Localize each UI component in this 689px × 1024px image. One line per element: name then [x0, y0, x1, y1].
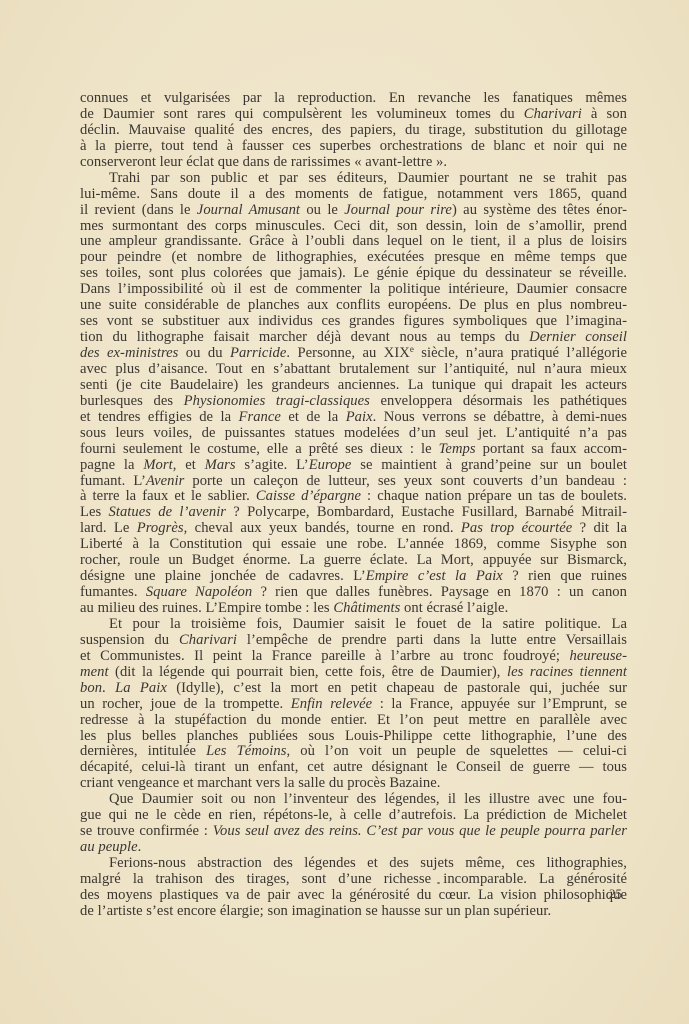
italic-title: Square Napoléon	[146, 584, 252, 600]
text-line: désigne une plaine jonchée de cadavres. …	[80, 569, 627, 585]
text-line: avec plus d’aisance. Tout en s’abattant …	[80, 362, 627, 378]
italic-title: Châtiments	[333, 600, 400, 616]
paragraph: Ferions-nous abstraction des légendes et…	[80, 856, 627, 920]
italic-title: Journal pour rire	[344, 202, 452, 218]
text-run: ) au système des têtes énor-	[452, 202, 627, 218]
text-run: Les	[80, 504, 109, 520]
text-line: lui-même. Sans doute il a des moments de…	[80, 187, 627, 203]
text-line: suspension du Charivari l’empêche de pre…	[80, 633, 627, 649]
text-run: lui-même. Sans doute il a des moments de…	[80, 186, 627, 202]
italic-title: au peuple	[80, 839, 138, 855]
text-line: des ex-ministres ou du Parricide. Person…	[80, 346, 627, 362]
text-line: Les Statues de l’avenir ? Polycarpe, Bom…	[80, 505, 627, 521]
italic-title: Vous seul avez des reins. C’est par vous…	[213, 823, 627, 839]
italic-title: Dernier conseil	[529, 329, 627, 345]
italic-title: des ex-ministres	[80, 345, 178, 361]
text-run: ? dit la	[572, 520, 627, 536]
text-run: ou du	[178, 345, 230, 361]
text-run: de Daumier sont rares qui compulsèrent l…	[80, 106, 524, 122]
text-run: Dans l’impossibilité où il est de commen…	[80, 281, 627, 297]
italic-title: Europe	[309, 457, 352, 473]
text-run: ses vont se substituer aux individus ces…	[80, 313, 627, 329]
italic-title: France	[239, 409, 281, 425]
print-speck	[437, 882, 440, 884]
text-line: senti (je cite Baudelaire) les grandeurs…	[80, 378, 627, 394]
italic-title: La Paix	[115, 680, 167, 696]
text-run: à terre la faux et le sablier.	[80, 488, 256, 504]
text-run: mes surmontant des corps minuscules. Cec…	[80, 218, 627, 234]
text-line: fumantes. Square Napoléon ? rien que dal…	[80, 585, 627, 601]
italic-title: Caisse d’épargne	[256, 488, 361, 504]
text-line: une ampleur grandissante. Grâce à l’oubl…	[80, 234, 627, 250]
italic-title: les racines tiennent	[507, 664, 627, 680]
text-line: une suite considérable de planches aux c…	[80, 298, 627, 314]
text-line: ment (dit la légende qui pourrait bien, …	[80, 665, 627, 681]
text-run: et tendres effigies de la	[80, 409, 239, 425]
text-run: pour peindre (et nombre de lithographies…	[80, 249, 627, 265]
text-run: lard. Le	[80, 520, 137, 536]
italic-title: Parricide	[230, 345, 286, 361]
text-line: rocher, roule un Budget énorme. La guerr…	[80, 553, 627, 569]
book-page: connues et vulgarisées par la reproducti…	[0, 0, 689, 1024]
text-line: sous leurs voiles, de puissantes statues…	[80, 426, 627, 442]
text-run: fumant. L’	[80, 473, 146, 489]
body-text: connues et vulgarisées par la reproducti…	[80, 91, 627, 920]
paragraph: Et pour la troisième fois, Daumier saisi…	[80, 617, 627, 792]
italic-title: ment	[80, 664, 109, 680]
text-line: Que Daumier soit ou non l’inventeur des …	[80, 792, 627, 808]
text-run: ont écrasé l’aigle.	[400, 600, 508, 616]
paragraph: Que Daumier soit ou non l’inventeur des …	[80, 792, 627, 856]
italic-title: Les Témoins	[206, 743, 286, 759]
text-line: fourni seulement le costume, elle a prêt…	[80, 442, 627, 458]
text-run: Ferions-nous abstraction des légendes et…	[109, 855, 627, 871]
text-line: au milieu des ruines. L’Empire tombe : l…	[80, 601, 627, 617]
text-run: se maintient à grand’peine sur un boulet	[351, 457, 627, 473]
text-run: ses toiles, sont plus colorées que jamai…	[80, 265, 627, 281]
text-line: un rocher, joue de la trompette. Enfin r…	[80, 697, 627, 713]
text-line: ses vont se substituer aux individus ces…	[80, 314, 627, 330]
text-run: Trahi par son public et par ses éditeurs…	[109, 170, 627, 186]
text-run: dernières, intitulée	[80, 743, 206, 759]
text-run: et de la	[281, 409, 346, 425]
text-run: , cheval aux yeux bandés, tourne en rond…	[184, 520, 461, 536]
text-run: connues et vulgarisées par la reproducti…	[80, 90, 627, 106]
text-line: à terre la faux et le sablier. Caisse d’…	[80, 489, 627, 505]
text-run: porte un caleçon de lutteur, ses yeux so…	[184, 473, 627, 489]
text-run: Que Daumier soit ou non l’inventeur des …	[109, 791, 627, 807]
text-run: burlesques des	[80, 393, 184, 409]
text-run: .	[138, 839, 142, 855]
text-run: (dit la légende qui pourrait bien, cette…	[109, 664, 507, 680]
text-line: à la pierre, tout tend à fausser ces sup…	[80, 139, 627, 155]
text-run: criant vengeance et marchant vers la sal…	[80, 775, 440, 791]
text-line: Ferions-nous abstraction des légendes et…	[80, 856, 627, 872]
text-run: une suite considérable de planches aux c…	[80, 297, 627, 313]
text-line: se trouve confirmée : Vous seul avez des…	[80, 824, 627, 840]
text-line: au peuple.	[80, 840, 627, 856]
text-line: lard. Le Progrès, cheval aux yeux bandés…	[80, 521, 627, 537]
text-run: Et pour la troisième fois, Daumier saisi…	[109, 616, 627, 632]
text-run: décapité, celui-là tirant un enfant, cet…	[80, 759, 627, 775]
text-run: se trouve confirmée :	[80, 823, 213, 839]
text-line: connues et vulgarisées par la reproducti…	[80, 91, 627, 107]
text-line: décapité, celui-là tirant un enfant, cet…	[80, 760, 627, 776]
text-line: Dans l’impossibilité où il est de commen…	[80, 282, 627, 298]
text-run: conserveront leur éclat que dans de rari…	[80, 154, 447, 170]
text-run: (Idylle), c’est la mort en petit chapeau…	[167, 680, 627, 696]
text-line: burlesques des Physionomies tragi-classi…	[80, 394, 627, 410]
italic-title: Mort	[143, 457, 172, 473]
text-run: au milieu des ruines. L’Empire tombe : l…	[80, 600, 333, 616]
text-run: , où l’on voit un peuple de squelettes —…	[286, 743, 627, 759]
italic-title: Statues de l’avenir	[109, 504, 227, 520]
text-run: . Nous verrons se débattre, à demi-nues	[373, 409, 627, 425]
text-run: malgré la trahison des tirages, sont d’u…	[80, 871, 627, 887]
text-run: , et	[173, 457, 205, 473]
text-run: désigne une plaine jonchée de cadavres. …	[80, 568, 366, 584]
italic-title: Progrès	[137, 520, 184, 536]
text-line: bon. La Paix (Idylle), c’est la mort en …	[80, 681, 627, 697]
text-run: gue qui ne le cède en rien, répétons-le,…	[80, 807, 627, 823]
page-number: 25	[609, 886, 622, 902]
text-line: pour peindre (et nombre de lithographies…	[80, 250, 627, 266]
text-run: une ampleur grandissante. Grâce à l’oubl…	[80, 233, 627, 249]
text-run: siècle, n’aura pratiqué l’allégorie	[414, 345, 627, 361]
text-run: portant sa faux accom-	[476, 441, 627, 457]
text-run: redresse à la stupéfaction du monde enti…	[80, 712, 627, 728]
text-line: de l’artiste s’est encore élargie; son i…	[80, 904, 627, 920]
text-run: des moyens plastiques va de pair avec la…	[80, 887, 627, 903]
italic-title: Empire c’est la Paix	[366, 568, 503, 584]
text-line: dernières, intitulée Les Témoins, où l’o…	[80, 744, 627, 760]
text-run: les plus belles planches publiées sous L…	[80, 728, 627, 744]
text-run: ou le	[300, 202, 344, 218]
italic-title: Charivari	[179, 632, 237, 648]
text-run: tion du lithographe faisait marcher déjà…	[80, 329, 529, 345]
text-run: pagne la	[80, 457, 143, 473]
paragraph: Trahi par son public et par ses éditeurs…	[80, 171, 627, 617]
text-line: fumant. L’Avenir porte un caleçon de lut…	[80, 474, 627, 490]
text-run: .	[102, 680, 115, 696]
italic-title: heureuse-	[570, 648, 627, 664]
text-line: il revient (dans le Journal Amusant ou l…	[80, 203, 627, 219]
text-line: déclin. Mauvaise qualité des encres, des…	[80, 123, 627, 139]
text-run: s’agite. L’	[236, 457, 309, 473]
text-run: senti (je cite Baudelaire) les grandeurs…	[80, 377, 627, 393]
text-line: Liberté à la Constitution qui essaie une…	[80, 537, 627, 553]
text-line: mes surmontant des corps minuscules. Cec…	[80, 219, 627, 235]
text-line: et Communistes. Il peint la France parei…	[80, 649, 627, 665]
text-line: criant vengeance et marchant vers la sal…	[80, 776, 627, 792]
text-run: ? rien que ruines	[503, 568, 627, 584]
text-line: et tendres effigies de la France et de l…	[80, 410, 627, 426]
text-line: Trahi par son public et par ses éditeurs…	[80, 171, 627, 187]
text-run: de l’artiste s’est encore élargie; son i…	[80, 903, 551, 919]
text-run: déclin. Mauvaise qualité des encres, des…	[80, 122, 627, 138]
italic-title: Journal Amusant	[197, 202, 300, 218]
italic-title: Physionomies tragi-classiques	[184, 393, 370, 409]
text-line: conserveront leur éclat que dans de rari…	[80, 155, 627, 171]
text-run: . Personne, au XIX	[286, 345, 409, 361]
italic-title: bon	[80, 680, 102, 696]
text-line: pagne la Mort, et Mars s’agite. L’Europe…	[80, 458, 627, 474]
text-run: et Communistes. Il peint la France parei…	[80, 648, 570, 664]
text-run: rocher, roule un Budget énorme. La guerr…	[80, 552, 627, 568]
text-run: fumantes.	[80, 584, 146, 600]
italic-title: Mars	[205, 457, 236, 473]
text-line: redresse à la stupéfaction du monde enti…	[80, 713, 627, 729]
text-line: de Daumier sont rares qui compulsèrent l…	[80, 107, 627, 123]
text-run: à la pierre, tout tend à fausser ces sup…	[80, 138, 627, 154]
text-line: des moyens plastiques va de pair avec la…	[80, 888, 627, 904]
text-run: un rocher, joue de la trompette.	[80, 696, 291, 712]
text-line: Et pour la troisième fois, Daumier saisi…	[80, 617, 627, 633]
text-line: ses toiles, sont plus colorées que jamai…	[80, 266, 627, 282]
text-line: malgré la trahison des tirages, sont d’u…	[80, 872, 627, 888]
text-run: il revient (dans le	[80, 202, 197, 218]
text-run: enveloppera désormais les pathétiques	[370, 393, 627, 409]
text-line: les plus belles planches publiées sous L…	[80, 729, 627, 745]
paragraph: connues et vulgarisées par la reproducti…	[80, 91, 627, 171]
text-run: Liberté à la Constitution qui essaie une…	[80, 536, 627, 552]
text-run: suspension du	[80, 632, 179, 648]
text-run: sous leurs voiles, de puissantes statues…	[80, 425, 627, 441]
text-run: à son	[582, 106, 627, 122]
italic-title: Pas trop écourtée	[461, 520, 572, 536]
italic-title: Enfin relevée	[291, 696, 372, 712]
italic-title: Avenir	[146, 473, 184, 489]
text-line: gue qui ne le cède en rien, répétons-le,…	[80, 808, 627, 824]
text-run: avec plus d’aisance. Tout en s’abattant …	[80, 361, 627, 377]
text-line: tion du lithographe faisait marcher déjà…	[80, 330, 627, 346]
text-run: : chaque nation prépare un tas de boulet…	[361, 488, 627, 504]
text-run: fourni seulement le costume, elle a prêt…	[80, 441, 439, 457]
italic-title: Paix	[346, 409, 373, 425]
text-run: l’empêche de prendre parti dans la lutte…	[237, 632, 627, 648]
text-run: : la France, appuyée sur l’Emprunt, se	[372, 696, 627, 712]
text-run: ? rien que dalles funèbres. Paysage en 1…	[252, 584, 627, 600]
italic-title: Temps	[439, 441, 476, 457]
italic-title: Charivari	[524, 106, 582, 122]
text-run: ? Polycarpe, Bombardard, Eustache Fusill…	[226, 504, 627, 520]
